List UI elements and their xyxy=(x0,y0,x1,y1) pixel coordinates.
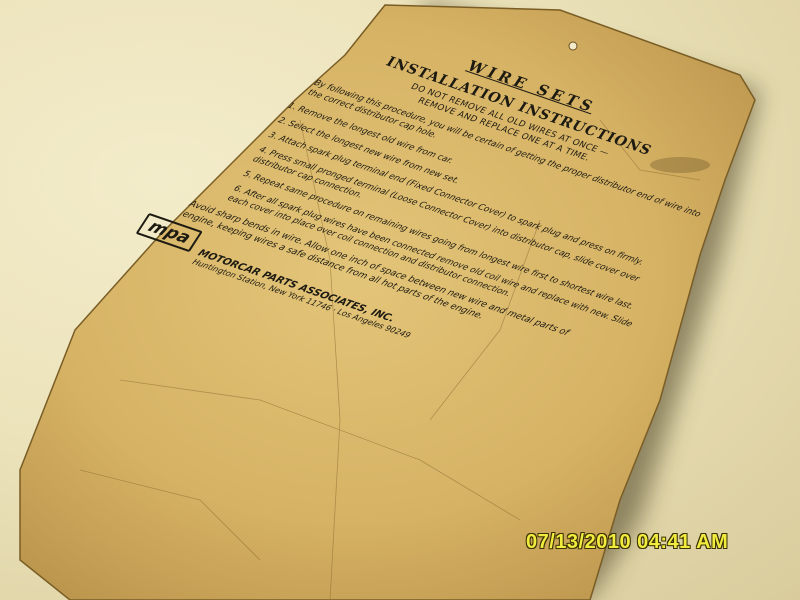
camera-timestamp: 07/13/2010 04:41 AM xyxy=(526,531,728,554)
punch-hole xyxy=(569,42,577,50)
